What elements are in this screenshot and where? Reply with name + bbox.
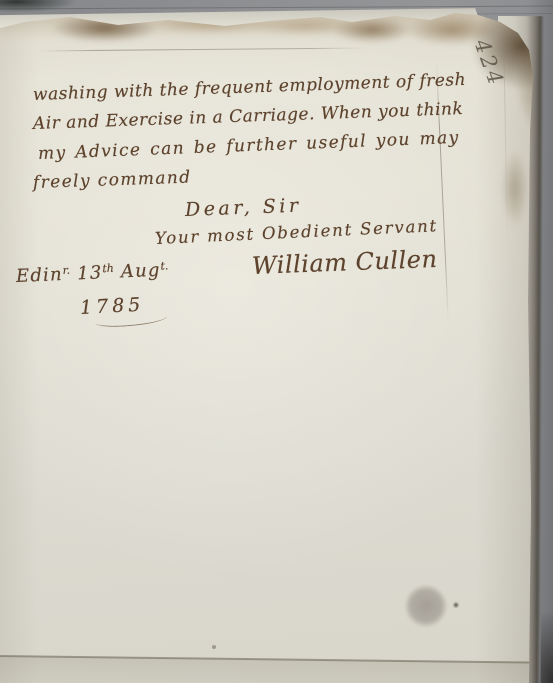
- circular-stain: [405, 585, 447, 627]
- ink-speck: [453, 602, 459, 608]
- dateline-day: 13: [70, 262, 103, 284]
- dateline-day-superscript: th: [102, 262, 114, 275]
- right-edge-smudge: [486, 130, 534, 260]
- photograph-backdrop: 424 washing with the frequent employment…: [0, 0, 553, 683]
- foxing-speck: [212, 645, 216, 649]
- letter-salutation: Dear, Sir: [185, 195, 302, 221]
- letter-page: 424 washing with the frequent employment…: [0, 0, 553, 683]
- dateline-month: Aug: [114, 260, 162, 283]
- dateline-month-superscript: t.: [160, 259, 168, 272]
- dateline-place: Edin: [16, 264, 64, 287]
